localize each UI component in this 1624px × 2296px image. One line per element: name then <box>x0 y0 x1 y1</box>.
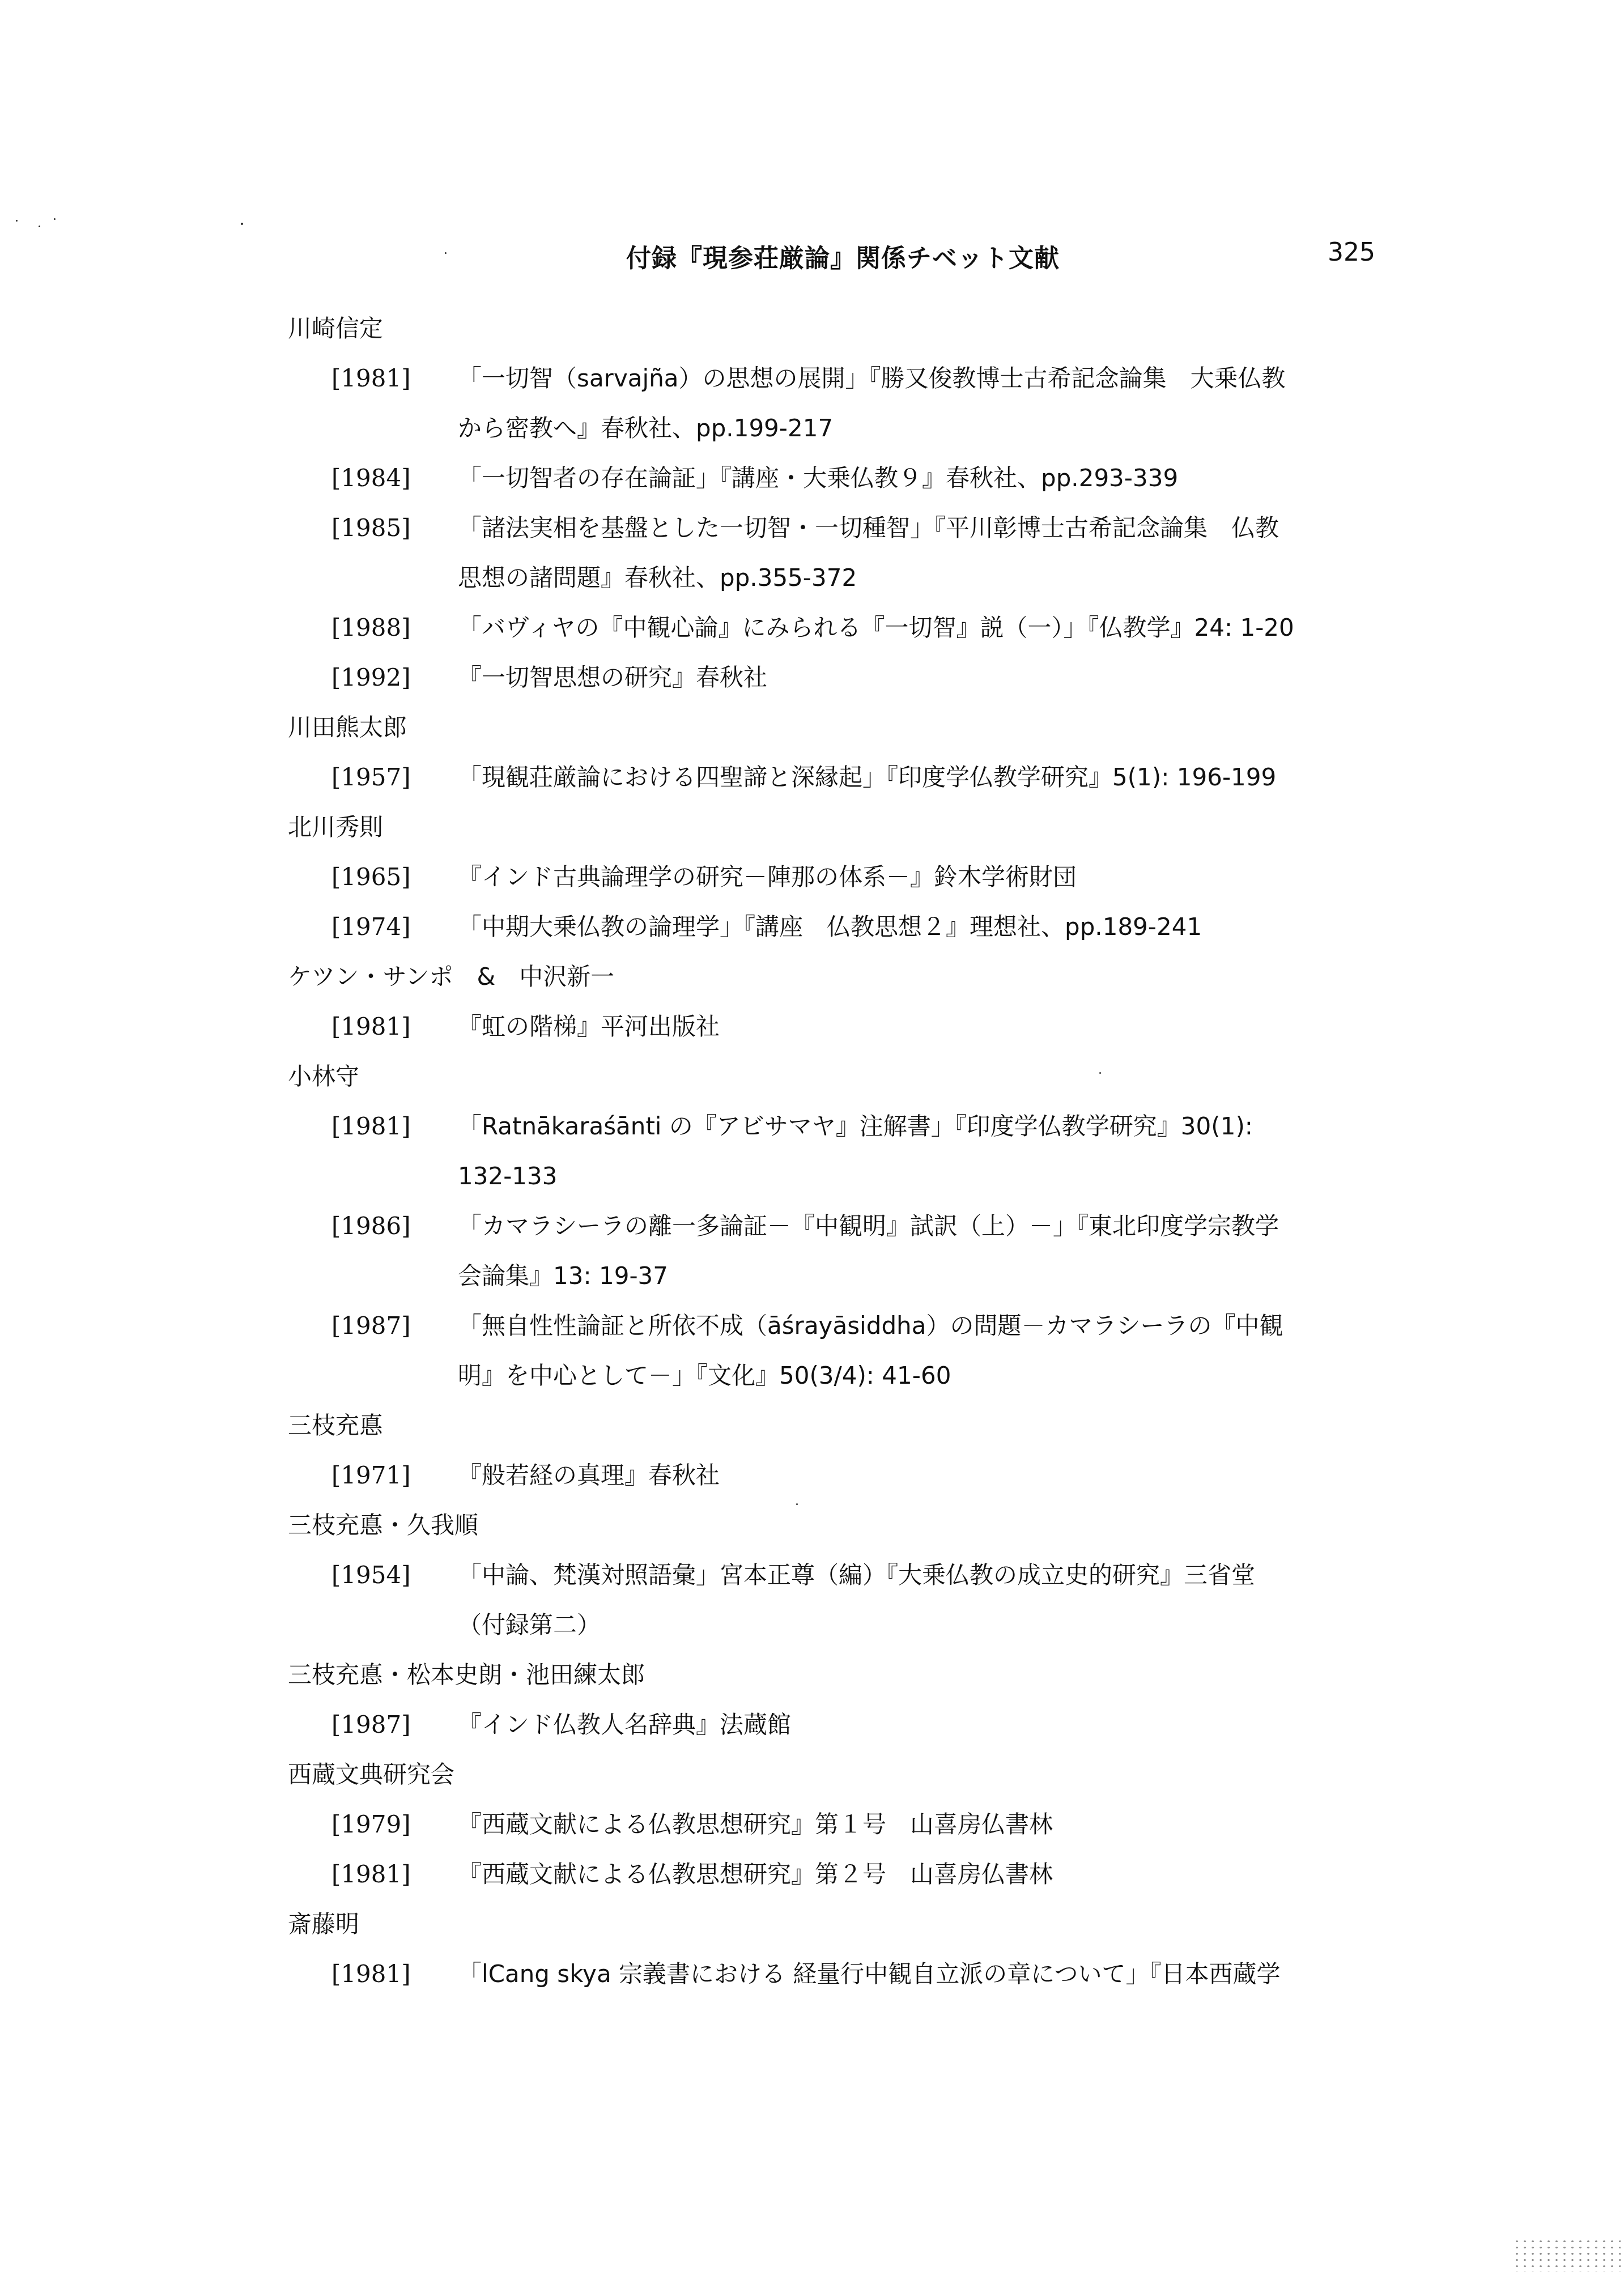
reference-text: 「諸法実相を基盤とした一切智・一切種智」『平川彰博士古希記念論集 仏教 思想の諸… <box>458 503 1427 603</box>
author-entry: ケツン・サンポ & 中沢新一 [1981] 『虹の階梯』平河出版社 <box>288 952 1427 1052</box>
reference-text: 「一切智者の存在論証」『講座・大乗仏教９』春秋社、pp.293-339 <box>458 453 1427 503</box>
reference-year: [1986] <box>288 1201 458 1251</box>
reference-line: （付録第二） <box>458 1600 1404 1650</box>
reference-text: 『一切智思想の研究』春秋社 <box>458 653 1427 703</box>
reference-item: [1984] 「一切智者の存在論証」『講座・大乗仏教９』春秋社、pp.293-3… <box>288 453 1427 503</box>
author-name: ケツン・サンポ & 中沢新一 <box>288 952 1427 1002</box>
scan-speck <box>241 223 243 225</box>
reference-line: 132-133 <box>458 1151 1404 1201</box>
reference-item: [1988] 「バヴィヤの『中観心論』にみられる『一切智』説（一）」『仏教学』2… <box>288 603 1427 653</box>
reference-line: 『一切智思想の研究』春秋社 <box>458 653 1404 703</box>
reference-year: [1981] <box>288 1102 458 1151</box>
page-number: 325 <box>1328 238 1375 267</box>
reference-line: 『西蔵文献による仏教思想研究』第２号 山喜房仏書林 <box>458 1849 1404 1899</box>
reference-item: [1974] 「中期大乗仏教の論理学」『講座 仏教思想２』理想社、pp.189-… <box>288 902 1427 952</box>
reference-year: [1979] <box>288 1800 458 1849</box>
reference-text: 「中論、梵漢対照語彙」宮本正尊（編）『大乗仏教の成立史的研究』三省堂 （付録第二… <box>458 1550 1427 1650</box>
reference-line: 「現観荘厳論における四聖諦と深縁起」『印度学仏教学研究』5(1): 196-19… <box>458 752 1404 802</box>
reference-year: [1981] <box>288 354 458 403</box>
reference-item: [1965] 『インド古典論理学の研究－陣那の体系－』鈴木学術財団 <box>288 852 1427 902</box>
reference-year: [1987] <box>288 1700 458 1750</box>
reference-year: [1981] <box>288 1849 458 1899</box>
reference-text: 『インド仏教人名辞典』法蔵館 <box>458 1700 1427 1750</box>
author-name: 小林守 <box>288 1052 1427 1102</box>
reference-year: [1988] <box>288 603 458 653</box>
reference-year: [1987] <box>288 1301 458 1351</box>
reference-text: 「一切智（sarvajña）の思想の展開」『勝又俊教博士古希記念論集 大乗仏教 … <box>458 354 1427 453</box>
reference-line: 「lCang skya 宗義書における 経量行中観自立派の章について」『日本西蔵… <box>458 1949 1404 1999</box>
reference-text: 「現観荘厳論における四聖諦と深縁起」『印度学仏教学研究』5(1): 196-19… <box>458 752 1427 802</box>
reference-year: [1971] <box>288 1451 458 1500</box>
reference-line: 『インド仏教人名辞典』法蔵館 <box>458 1700 1404 1750</box>
reference-item: [1981] 「lCang skya 宗義書における 経量行中観自立派の章につい… <box>288 1949 1427 1999</box>
reference-line: 『西蔵文献による仏教思想研究』第１号 山喜房仏書林 <box>458 1800 1404 1849</box>
reference-line: 『虹の階梯』平河出版社 <box>458 1002 1404 1052</box>
author-entry: 三枝充悳 [1971] 『般若経の真理』春秋社 <box>288 1401 1427 1500</box>
reference-year: [1985] <box>288 503 458 553</box>
reference-item: [1981] 『西蔵文献による仏教思想研究』第２号 山喜房仏書林 <box>288 1849 1427 1899</box>
author-name: 斎藤明 <box>288 1899 1427 1949</box>
reference-text: 「無自性性論証と所依不成（āśrayāsiddha）の問題－カマラシーラの『中観… <box>458 1301 1427 1401</box>
author-entry: 三枝充悳・松本史朗・池田練太郎 [1987] 『インド仏教人名辞典』法蔵館 <box>288 1650 1427 1750</box>
author-entry: 三枝充悳・久我順 [1954] 「中論、梵漢対照語彙」宮本正尊（編）『大乗仏教の… <box>288 1500 1427 1650</box>
reference-item: [1992] 『一切智思想の研究』春秋社 <box>288 653 1427 703</box>
reference-line: 「Ratnākaraśānti の『アビサマヤ』注解書」『印度学仏教学研究』30… <box>458 1102 1404 1151</box>
author-name: 北川秀則 <box>288 802 1427 852</box>
reference-year: [1965] <box>288 852 458 902</box>
reference-item: [1981] 「Ratnākaraśānti の『アビサマヤ』注解書」『印度学仏… <box>288 1102 1427 1201</box>
reference-text: 『西蔵文献による仏教思想研究』第２号 山喜房仏書林 <box>458 1849 1427 1899</box>
reference-item: [1981] 「一切智（sarvajña）の思想の展開」『勝又俊教博士古希記念論… <box>288 354 1427 453</box>
reference-text: 『インド古典論理学の研究－陣那の体系－』鈴木学術財団 <box>458 852 1427 902</box>
reference-year: [1992] <box>288 653 458 703</box>
reference-item: [1954] 「中論、梵漢対照語彙」宮本正尊（編）『大乗仏教の成立史的研究』三省… <box>288 1550 1427 1650</box>
author-entry: 小林守 [1981] 「Ratnākaraśānti の『アビサマヤ』注解書」『… <box>288 1052 1427 1401</box>
reference-text: 『西蔵文献による仏教思想研究』第１号 山喜房仏書林 <box>458 1800 1427 1849</box>
author-name: 川崎信定 <box>288 304 1427 354</box>
reference-year: [1981] <box>288 1949 458 1999</box>
reference-year: [1957] <box>288 752 458 802</box>
reference-line: 会論集』13: 19-37 <box>458 1251 1404 1301</box>
scan-speck <box>54 218 56 220</box>
reference-item: [1987] 『インド仏教人名辞典』法蔵館 <box>288 1700 1427 1750</box>
reference-item: [1987] 「無自性性論証と所依不成（āśrayāsiddha）の問題－カマラ… <box>288 1301 1427 1401</box>
reference-text: 『般若経の真理』春秋社 <box>458 1451 1427 1500</box>
scan-noise <box>1513 2238 1621 2272</box>
reference-item: [1971] 『般若経の真理』春秋社 <box>288 1451 1427 1500</box>
reference-line: 「バヴィヤの『中観心論』にみられる『一切智』説（一）」『仏教学』24: 1-20 <box>458 603 1404 653</box>
bibliography-list: 川崎信定 [1981] 「一切智（sarvajña）の思想の展開」『勝又俊教博士… <box>288 304 1427 1999</box>
reference-year: [1974] <box>288 902 458 952</box>
reference-line: 「無自性性論証と所依不成（āśrayāsiddha）の問題－カマラシーラの『中観 <box>458 1301 1404 1351</box>
reference-line: 「諸法実相を基盤とした一切智・一切種智」『平川彰博士古希記念論集 仏教 <box>458 503 1404 553</box>
reference-line: 『般若経の真理』春秋社 <box>458 1451 1404 1500</box>
reference-line: 「カマラシーラの離一多論証－『中観明』試訳（上）－」『東北印度学宗教学 <box>458 1201 1404 1251</box>
author-entry: 川崎信定 [1981] 「一切智（sarvajña）の思想の展開」『勝又俊教博士… <box>288 304 1427 703</box>
reference-line: から密教へ』春秋社、pp.199-217 <box>458 403 1404 453</box>
reference-line: 「一切智者の存在論証」『講座・大乗仏教９』春秋社、pp.293-339 <box>458 453 1404 503</box>
reference-year: [1981] <box>288 1002 458 1052</box>
reference-line: 「中論、梵漢対照語彙」宮本正尊（編）『大乗仏教の成立史的研究』三省堂 <box>458 1550 1404 1600</box>
reference-line: 『インド古典論理学の研究－陣那の体系－』鈴木学術財団 <box>458 852 1404 902</box>
author-entry: 斎藤明 [1981] 「lCang skya 宗義書における 経量行中観自立派の… <box>288 1899 1427 1999</box>
reference-text: 「カマラシーラの離一多論証－『中観明』試訳（上）－」『東北印度学宗教学 会論集』… <box>458 1201 1427 1301</box>
author-name: 西蔵文典研究会 <box>288 1750 1427 1800</box>
reference-item: [1985] 「諸法実相を基盤とした一切智・一切種智」『平川彰博士古希記念論集 … <box>288 503 1427 603</box>
reference-text: 『虹の階梯』平河出版社 <box>458 1002 1427 1052</box>
author-entry: 北川秀則 [1965] 『インド古典論理学の研究－陣那の体系－』鈴木学術財団 [… <box>288 802 1427 952</box>
scan-speck <box>445 252 447 254</box>
reference-line: 明』を中心として－」『文化』50(3/4): 41-60 <box>458 1351 1404 1401</box>
scan-speck <box>39 226 40 227</box>
reference-item: [1981] 『虹の階梯』平河出版社 <box>288 1002 1427 1052</box>
reference-text: 「中期大乗仏教の論理学」『講座 仏教思想２』理想社、pp.189-241 <box>458 902 1427 952</box>
reference-item: [1979] 『西蔵文献による仏教思想研究』第１号 山喜房仏書林 <box>288 1800 1427 1849</box>
author-entry: 西蔵文典研究会 [1979] 『西蔵文献による仏教思想研究』第１号 山喜房仏書林… <box>288 1750 1427 1899</box>
author-name: 三枝充悳・松本史朗・池田練太郎 <box>288 1650 1427 1700</box>
author-name: 川田熊太郎 <box>288 703 1427 752</box>
reference-year: [1954] <box>288 1550 458 1600</box>
scan-speck <box>1099 1072 1101 1074</box>
reference-item: [1986] 「カマラシーラの離一多論証－『中観明』試訳（上）－」『東北印度学宗… <box>288 1201 1427 1301</box>
author-entry: 川田熊太郎 [1957] 「現観荘厳論における四聖諦と深縁起」『印度学仏教学研究… <box>288 703 1427 802</box>
reference-text: 「lCang skya 宗義書における 経量行中観自立派の章について」『日本西蔵… <box>458 1949 1427 1999</box>
reference-text: 「Ratnākaraśānti の『アビサマヤ』注解書」『印度学仏教学研究』30… <box>458 1102 1427 1201</box>
reference-text: 「バヴィヤの『中観心論』にみられる『一切智』説（一）」『仏教学』24: 1-20 <box>458 603 1427 653</box>
reference-line: 「一切智（sarvajña）の思想の展開」『勝又俊教博士古希記念論集 大乗仏教 <box>458 354 1404 403</box>
author-name: 三枝充悳・久我順 <box>288 1500 1427 1550</box>
reference-item: [1957] 「現観荘厳論における四聖諦と深縁起」『印度学仏教学研究』5(1):… <box>288 752 1427 802</box>
document-page: 付録『現参荘厳論』関係チベット文献 325 川崎信定 [1981] 「一切智（s… <box>0 0 1624 2296</box>
author-name: 三枝充悳 <box>288 1401 1427 1451</box>
reference-line: 「中期大乗仏教の論理学」『講座 仏教思想２』理想社、pp.189-241 <box>458 902 1404 952</box>
scan-speck <box>16 220 18 222</box>
reference-year: [1984] <box>288 453 458 503</box>
scan-speck <box>796 1503 798 1505</box>
reference-line: 思想の諸問題』春秋社、pp.355-372 <box>458 553 1404 603</box>
running-header: 付録『現参荘厳論』関係チベット文献 <box>626 238 1060 274</box>
